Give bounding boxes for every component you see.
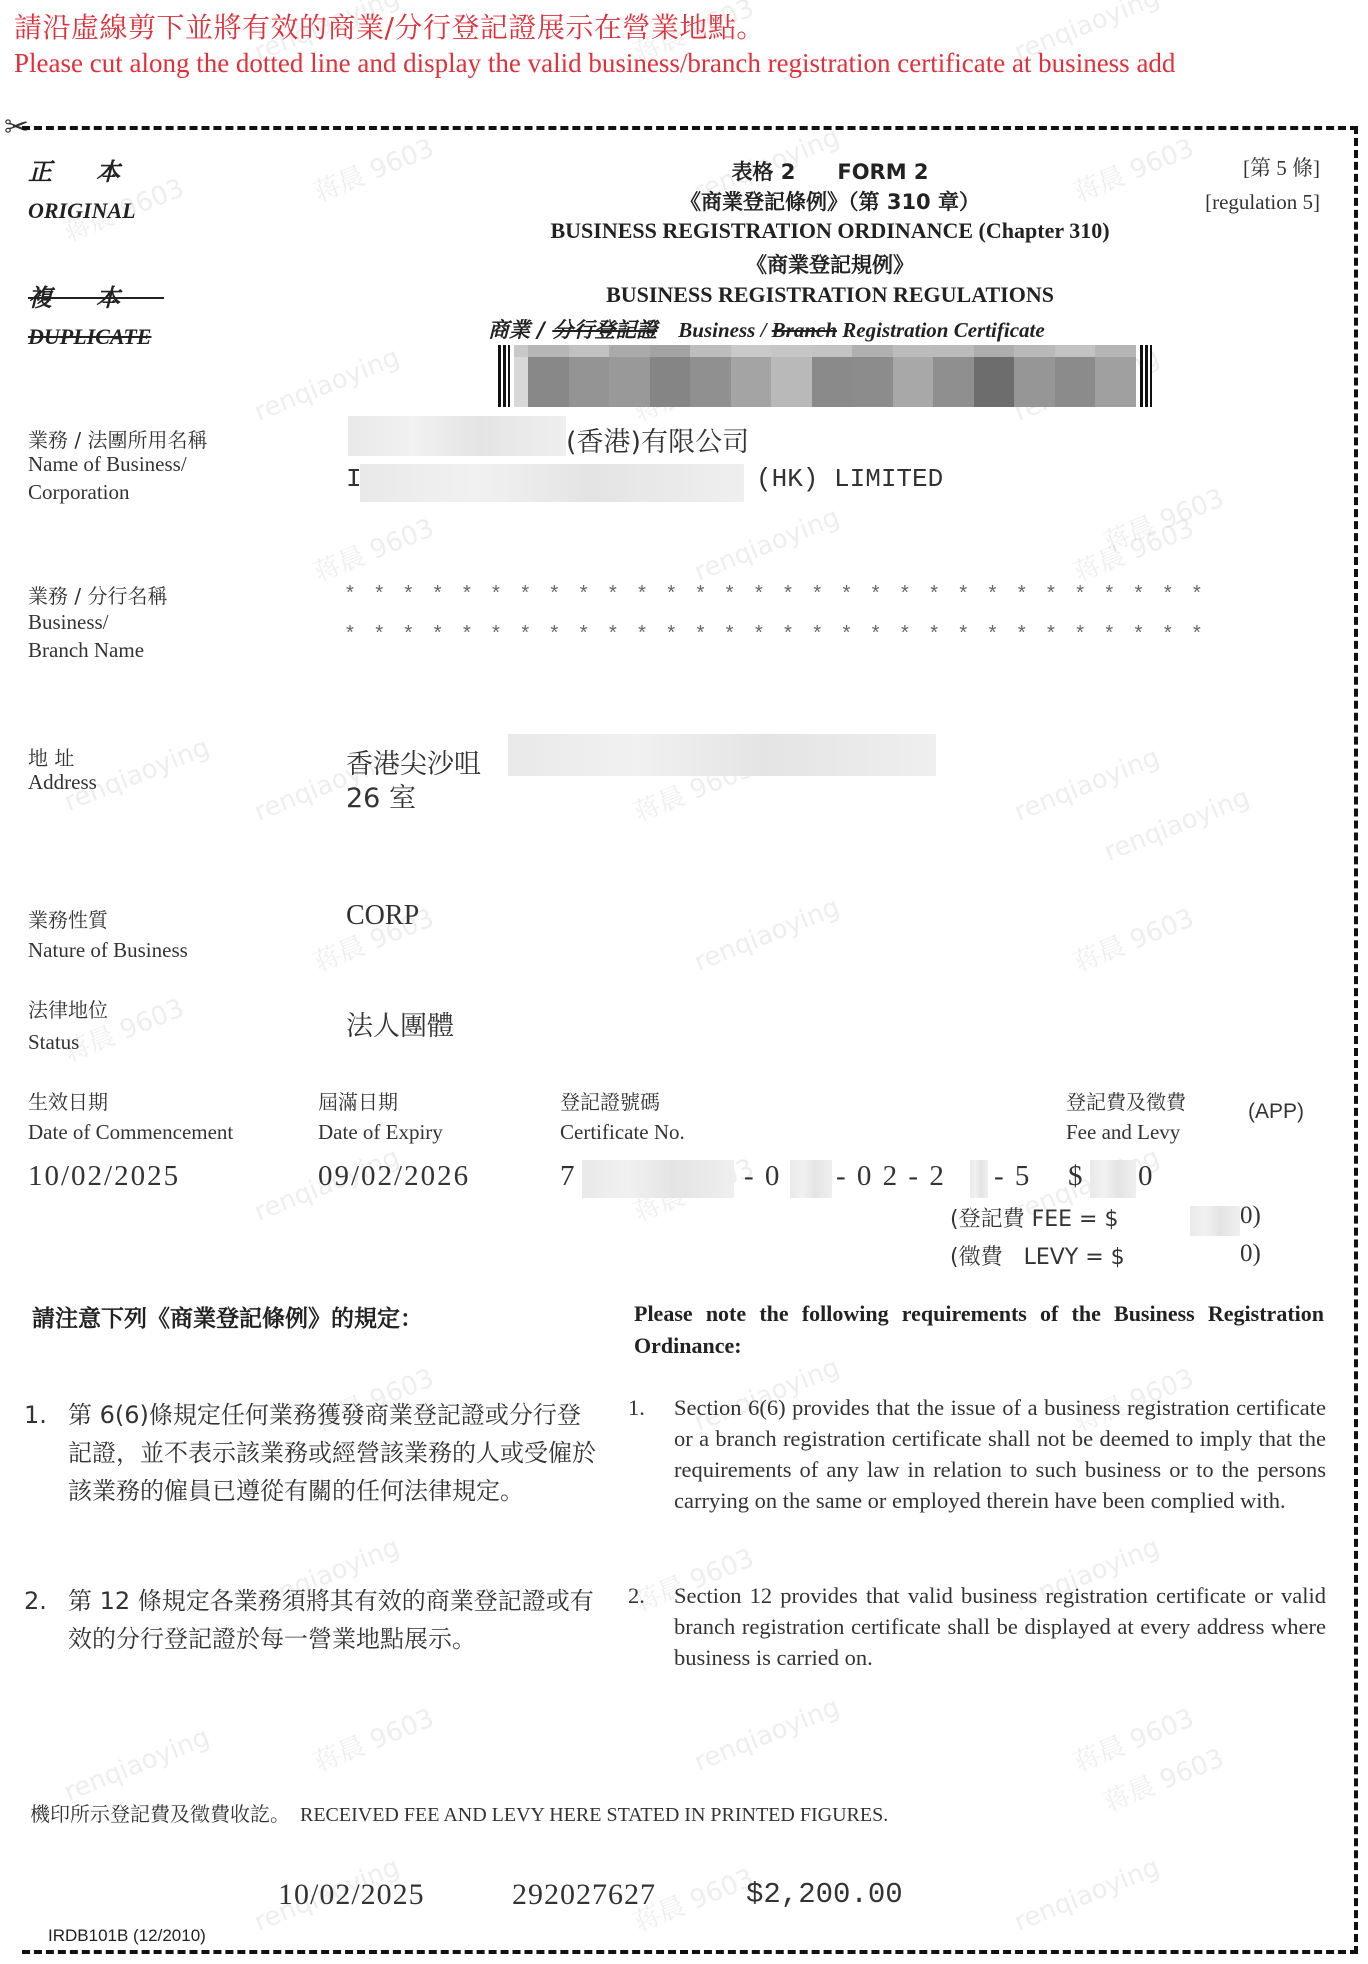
barcode-redacted (498, 345, 1152, 407)
barcode-cell (933, 357, 974, 407)
expiry-label-zh: 屆滿日期 (318, 1086, 398, 1115)
regulations-title-en: BUSINESS REGISTRATION REGULATIONS (480, 282, 1180, 308)
original-label-en: ORIGINAL (28, 198, 136, 224)
nature-value: CORP (346, 900, 419, 932)
barcode-cell (514, 357, 528, 407)
regulation-ref-zh: [第 5 條] (1243, 152, 1320, 182)
barcode-cell (974, 345, 1015, 357)
redacted-certificate-2 (790, 1160, 832, 1198)
barcode-cell (771, 357, 812, 407)
barcode-cell (609, 357, 650, 407)
expiry-label-en: Date of Expiry (318, 1120, 443, 1145)
ordinance-title-en: BUSINESS REGISTRATION ORDINANCE (Chapter… (480, 218, 1180, 244)
fee-tag: (APP) (1248, 1100, 1304, 1124)
barcode-cell (731, 345, 772, 357)
certificate-label-zh: 登記證號碼 (560, 1086, 660, 1115)
commencement-date: 10/02/2025 (28, 1160, 180, 1193)
note-zh-2: 2. 第 12 條規定各業務須將其有效的商業登記證或有效的分行登記證於每一營業地… (24, 1582, 604, 1658)
barcode-cell (690, 345, 731, 357)
barcode-cell (528, 357, 569, 407)
redacted-name-en (360, 464, 744, 502)
barcode-cell (1055, 357, 1096, 407)
receipt-amount: $2,200.00 (746, 1878, 903, 1911)
barcode-cell (1014, 357, 1055, 407)
branch-value-row-2: * * * * * * * * * * * * * * * * * * * * … (344, 624, 1206, 647)
note-zh-1: 1. 第 6(6)條規定任何業務獲發商業登記證或分行登記證，並不表示該業務或經營… (24, 1396, 604, 1510)
fee-label-zh: 登記費及徵費 (1066, 1086, 1186, 1115)
redacted-address (508, 734, 936, 776)
name-value-en: (HK) LIMITED (756, 464, 943, 494)
cert-title-zh-branch: 分行登記證 (552, 318, 657, 342)
regulation-ref-en: [regulation 5] (1205, 190, 1320, 215)
barcode-cell (1095, 345, 1136, 357)
barcode-cell (1055, 345, 1096, 357)
redacted-name-zh (348, 416, 566, 456)
ordinance-title-zh: 《商業登記條例》（第 310 章） (480, 186, 1180, 216)
fee-total-prefix: $ (1068, 1160, 1085, 1193)
barcode-cell (528, 345, 569, 357)
barcode-cell (852, 345, 893, 357)
barcode-edge-left (498, 345, 510, 407)
form-code: IRDB101B (12/2010) (48, 1926, 206, 1946)
regulations-title-zh: 《商業登記規例》 (480, 249, 1180, 279)
receipt-statement: 機印所示登記費及徵費收訖。 RECEIVED FEE AND LEVY HERE… (30, 1798, 888, 1827)
barcode-cell (650, 357, 691, 407)
branch-value-row-1: * * * * * * * * * * * * * * * * * * * * … (344, 584, 1206, 607)
name-label-en-1: Name of Business/ (28, 452, 187, 477)
barcode-cell (609, 345, 650, 357)
certificate-no-part-1: 7 (560, 1160, 577, 1193)
name-label-en-2: Corporation (28, 480, 129, 505)
redacted-certificate-1 (582, 1160, 734, 1198)
barcode-cell (1014, 345, 1055, 357)
cert-title-zh-business: 商業 (488, 318, 530, 342)
nature-label-en: Nature of Business (28, 938, 188, 963)
status-label-en: Status (28, 1030, 79, 1055)
commencement-label-en: Date of Commencement (28, 1120, 233, 1145)
levy-breakdown: (徵費 LEVY = $ (950, 1240, 1125, 1271)
status-label-zh: 法律地位 (28, 994, 108, 1023)
name-label-zh: 業務 / 法團所用名稱 (28, 424, 207, 453)
fee-total-suffix: 0 (1138, 1160, 1155, 1193)
expiry-date: 09/02/2026 (318, 1160, 470, 1193)
barcode-cell (569, 357, 610, 407)
certificate-no-part-2: - 0 (744, 1160, 781, 1193)
barcode-cell (650, 345, 691, 357)
barcode-cell (852, 357, 893, 407)
receipt-number: 292027627 (512, 1878, 656, 1912)
barcode-edge-right (1140, 345, 1152, 407)
address-label-en: Address (28, 770, 97, 795)
barcode-cell (731, 357, 772, 407)
redacted-fee-total (1090, 1160, 1136, 1198)
original-label-zh: 正本 (28, 152, 164, 187)
barcode-cell (812, 345, 853, 357)
address-label-zh: 地 址 (28, 742, 74, 771)
branch-label-en-1: Business/ (28, 610, 109, 635)
notes-heading-en: Please note the following requirements o… (634, 1298, 1324, 1362)
barcode-cell (974, 357, 1015, 407)
receipt-date: 10/02/2025 (278, 1878, 425, 1912)
note-en-1: 1. Section 6(6) provides that the issue … (628, 1392, 1326, 1516)
cut-notice-en: Please cut along the dotted line and dis… (14, 48, 1175, 79)
barcode-cell (893, 357, 934, 407)
barcode-cell (933, 345, 974, 357)
form-number: 表格 2 FORM 2 (480, 156, 1180, 186)
branch-label-en-2: Branch Name (28, 638, 144, 663)
certificate-title: 商業 / 分行登記證 Business / Branch Registratio… (488, 314, 1045, 344)
barcode-cell (771, 345, 812, 357)
cert-title-en-branch: Branch (772, 318, 837, 342)
commencement-label-zh: 生效日期 (28, 1086, 108, 1115)
barcode-cell (893, 345, 934, 357)
certificate-no-part-4: - 5 (994, 1160, 1031, 1193)
note-en-2: 2. Section 12 provides that valid busine… (628, 1580, 1326, 1673)
nature-label-zh: 業務性質 (28, 904, 108, 933)
barcode-cell (514, 345, 528, 357)
barcode-cell (690, 357, 731, 407)
certificate-label-en: Certificate No. (560, 1120, 685, 1145)
duplicate-label-zh: 複本 (28, 278, 164, 313)
barcode-cell (812, 357, 853, 407)
cert-title-en-business: Business / (678, 318, 771, 342)
fee-breakdown: (登記費 FEE = $ (950, 1202, 1118, 1233)
redacted-fee (1190, 1206, 1240, 1236)
notes-heading-zh: 請注意下列《商業登記條例》的規定： (32, 1300, 423, 1333)
barcode-cell (1095, 357, 1136, 407)
duplicate-label-en: DUPLICATE (28, 324, 151, 350)
barcode-cell (569, 345, 610, 357)
name-value-zh: (香港)有限公司 (566, 420, 749, 459)
address-line-2: 26 室 (346, 776, 416, 815)
certificate-no-part-3: - 0 2 - 2 (836, 1160, 946, 1193)
redacted-certificate-3 (970, 1160, 988, 1198)
status-value: 法人團體 (346, 1004, 454, 1043)
cut-notice-zh: 請沿虛線剪下並將有效的商業/分行登記證展示在營業地點。 (14, 6, 765, 46)
fee-label-en: Fee and Levy (1066, 1120, 1180, 1145)
branch-label-zh: 業務 / 分行名稱 (28, 580, 167, 609)
